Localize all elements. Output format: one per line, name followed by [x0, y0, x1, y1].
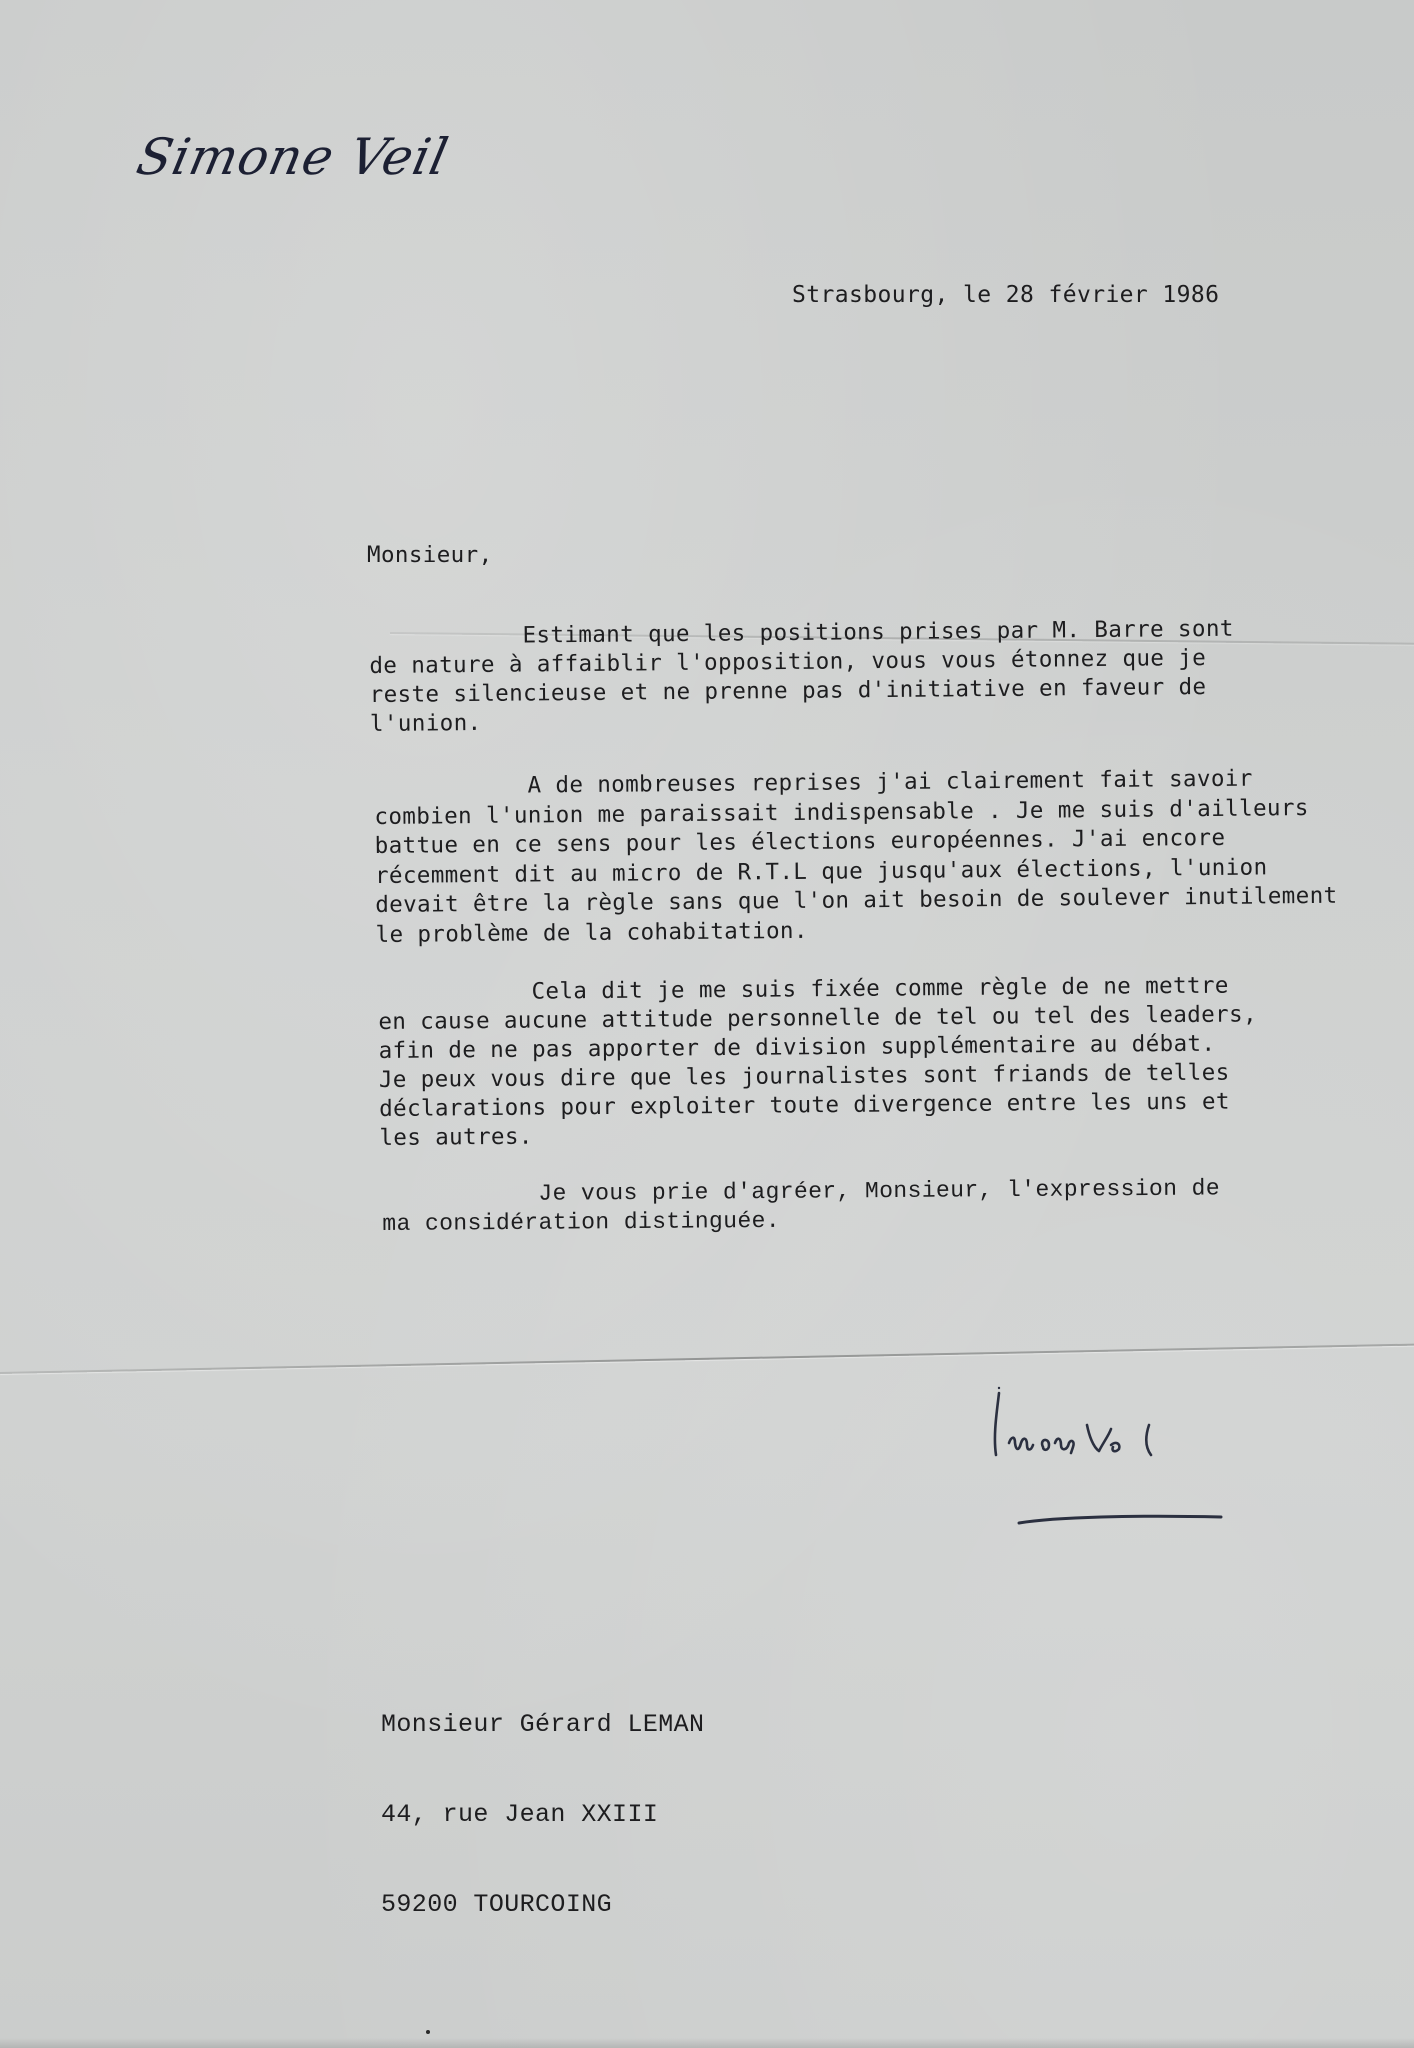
recipient-name: Monsieur Gérard LEMAN [381, 1710, 704, 1740]
paragraph-1: Estimant que les positions prises par M.… [369, 614, 1235, 738]
paragraph-2: A de nombreuses reprises j'ai clairement… [374, 763, 1338, 949]
handwritten-signature [985, 1385, 1285, 1555]
paragraph-3: Cela dit je me suis fixée comme règle de… [378, 970, 1258, 1152]
recipient-city: 59200 TOURCOING [381, 1890, 704, 1920]
recipient-address: Monsieur Gérard LEMAN 44, rue Jean XXIII… [381, 1650, 704, 1950]
paper-bottom-edge [0, 2038, 1414, 2048]
recipient-street: 44, rue Jean XXIII [381, 1800, 704, 1830]
paper-speck [426, 2030, 430, 2034]
dateline: Strasbourg, le 28 février 1986 [792, 280, 1219, 310]
letterhead-name: Simone Veil [132, 128, 454, 186]
closing-paragraph: Je vous prie d'agréer, Monsieur, l'expre… [382, 1173, 1220, 1238]
salutation: Monsieur, [367, 540, 493, 570]
